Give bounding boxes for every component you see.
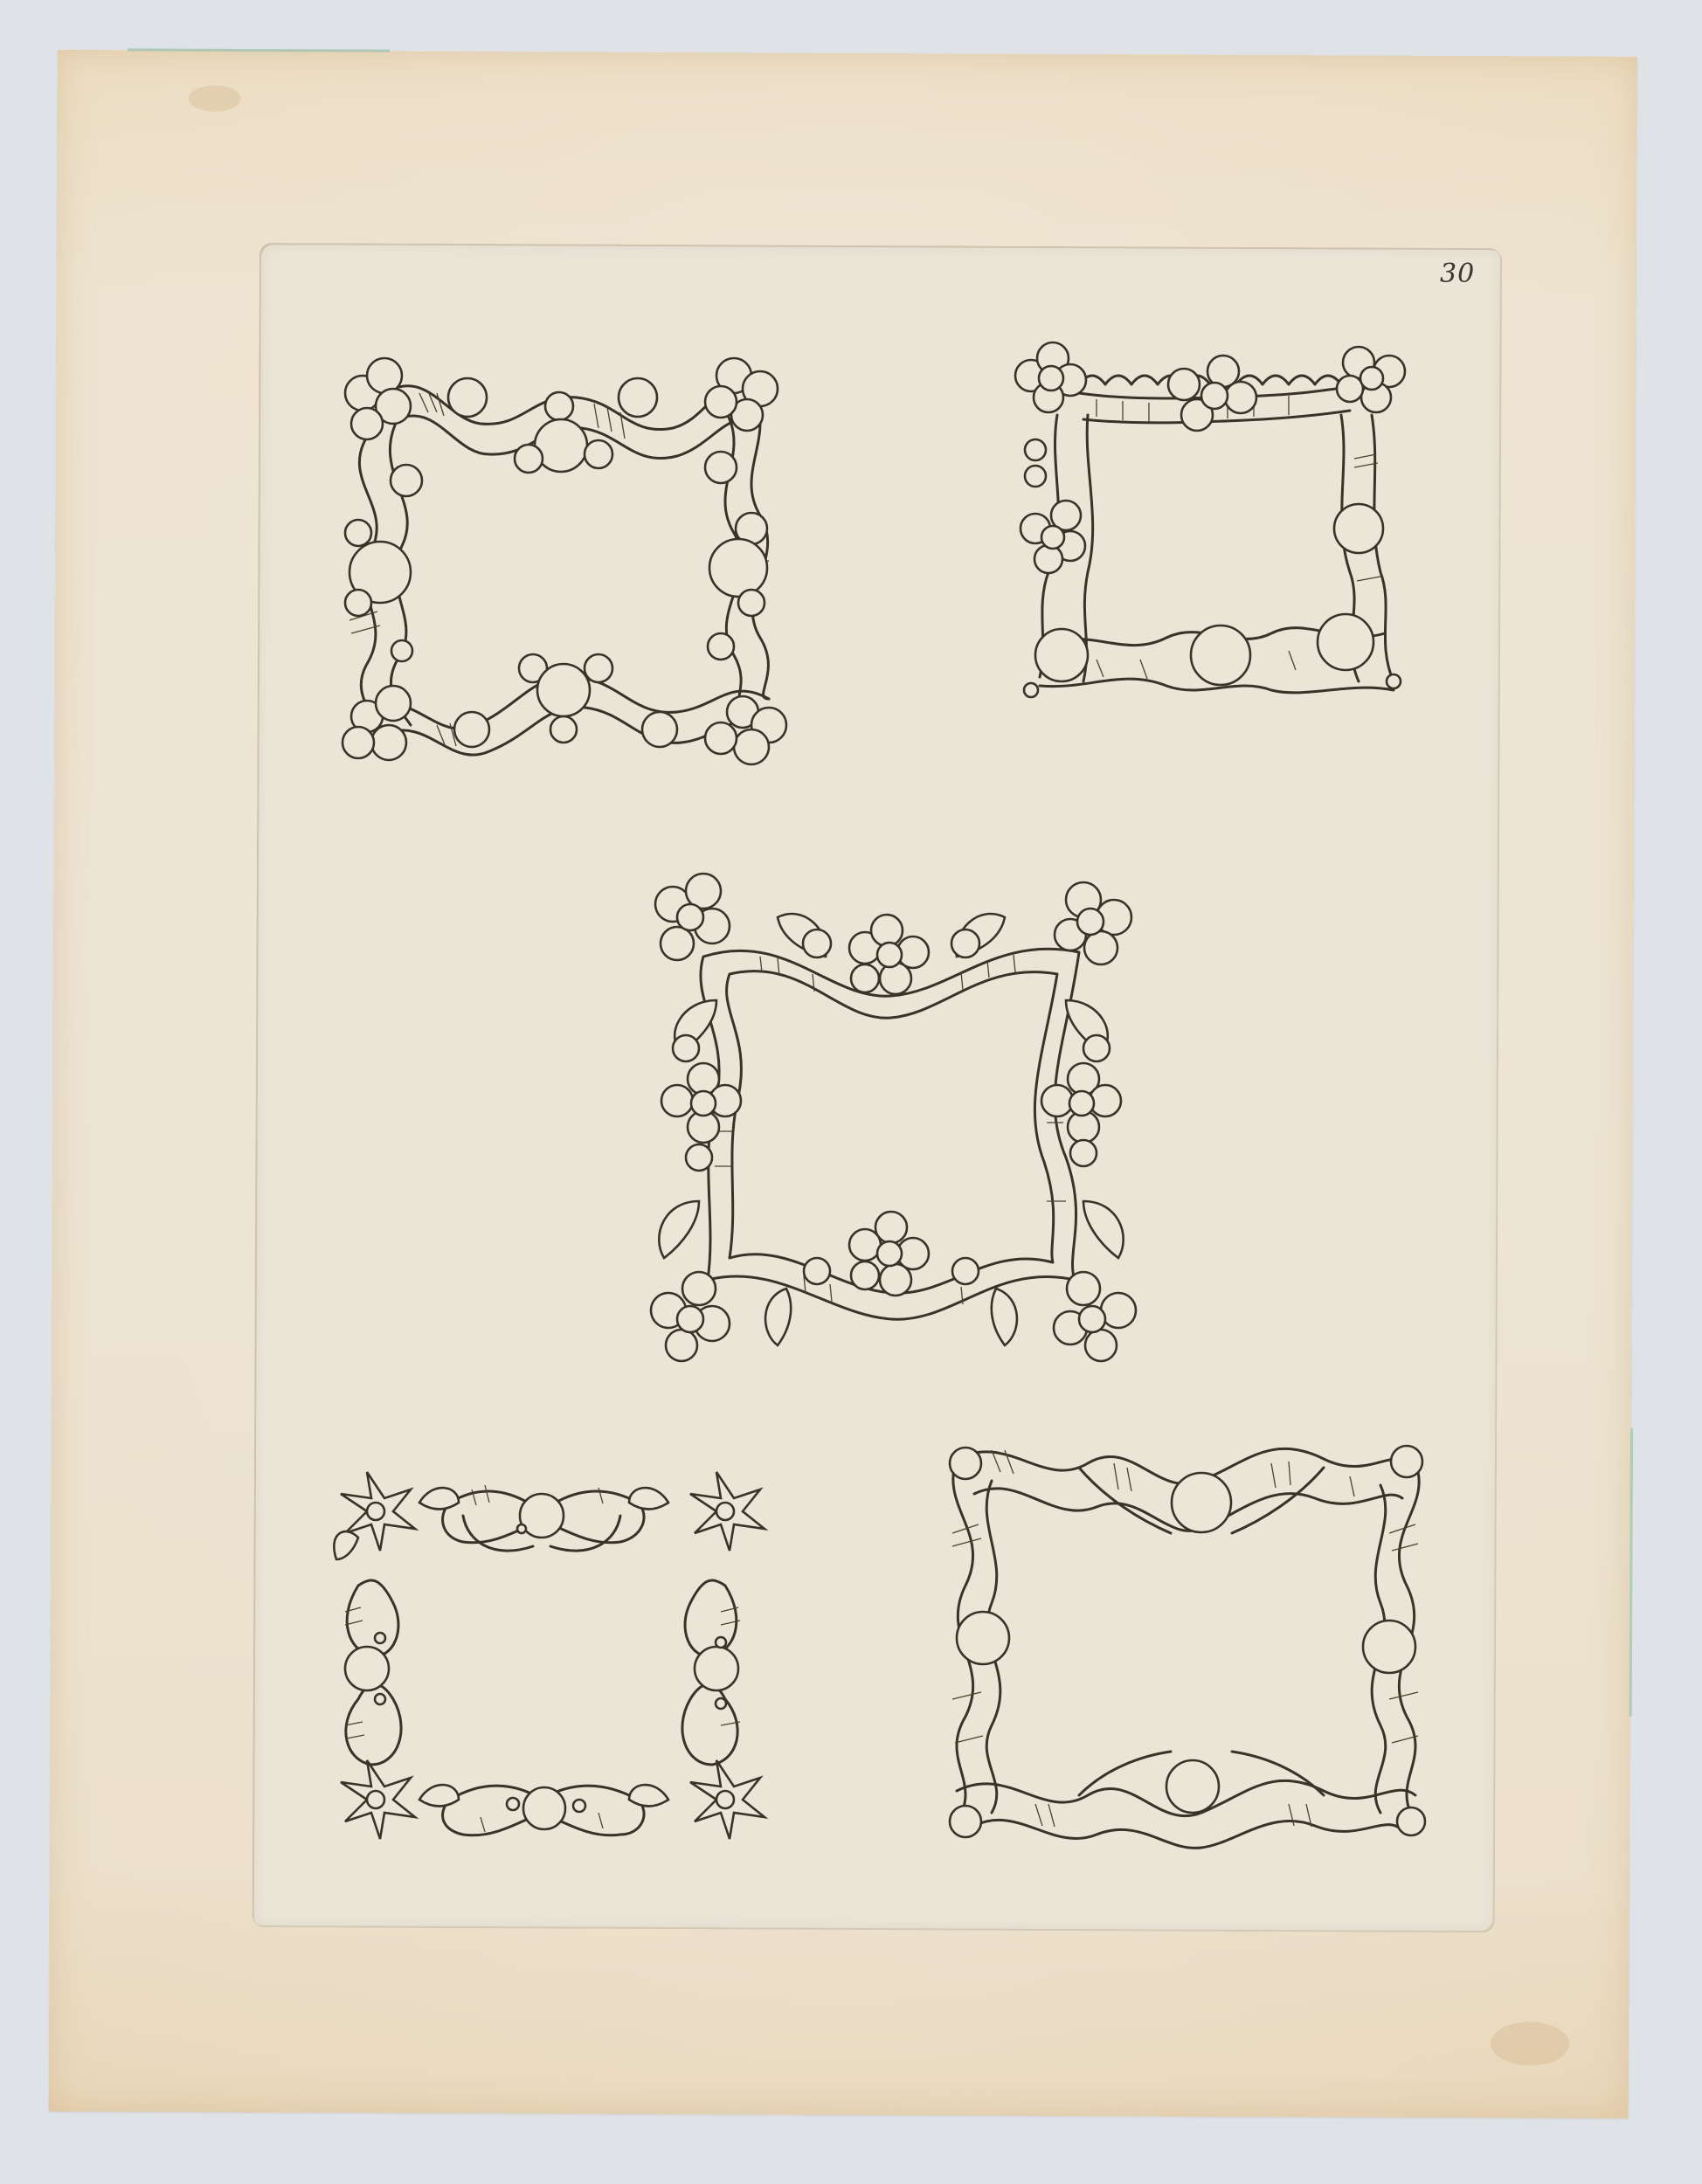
ornament-frame-4 bbox=[319, 1463, 769, 1852]
ornament-frame-1 bbox=[332, 358, 791, 764]
page-number: 30 bbox=[1440, 259, 1475, 289]
ornament-frame-3 bbox=[629, 869, 1153, 1363]
paper-edge-tint bbox=[128, 48, 390, 52]
rosette-drapery-frame-icon bbox=[1009, 345, 1411, 699]
floral-cartouche-frame-icon bbox=[629, 869, 1153, 1363]
foxing-spot bbox=[1491, 2022, 1569, 2065]
foxing-spot bbox=[189, 86, 241, 112]
paper-edge-tint bbox=[1629, 1428, 1633, 1717]
ribbon-bow-frame-icon bbox=[319, 1463, 769, 1852]
twisted-ribbon-frame-icon bbox=[939, 1437, 1433, 1848]
ornament-frame-2 bbox=[1009, 345, 1411, 699]
ornament-frame-5 bbox=[939, 1437, 1433, 1848]
ribbon-garland-frame-icon bbox=[332, 358, 791, 764]
